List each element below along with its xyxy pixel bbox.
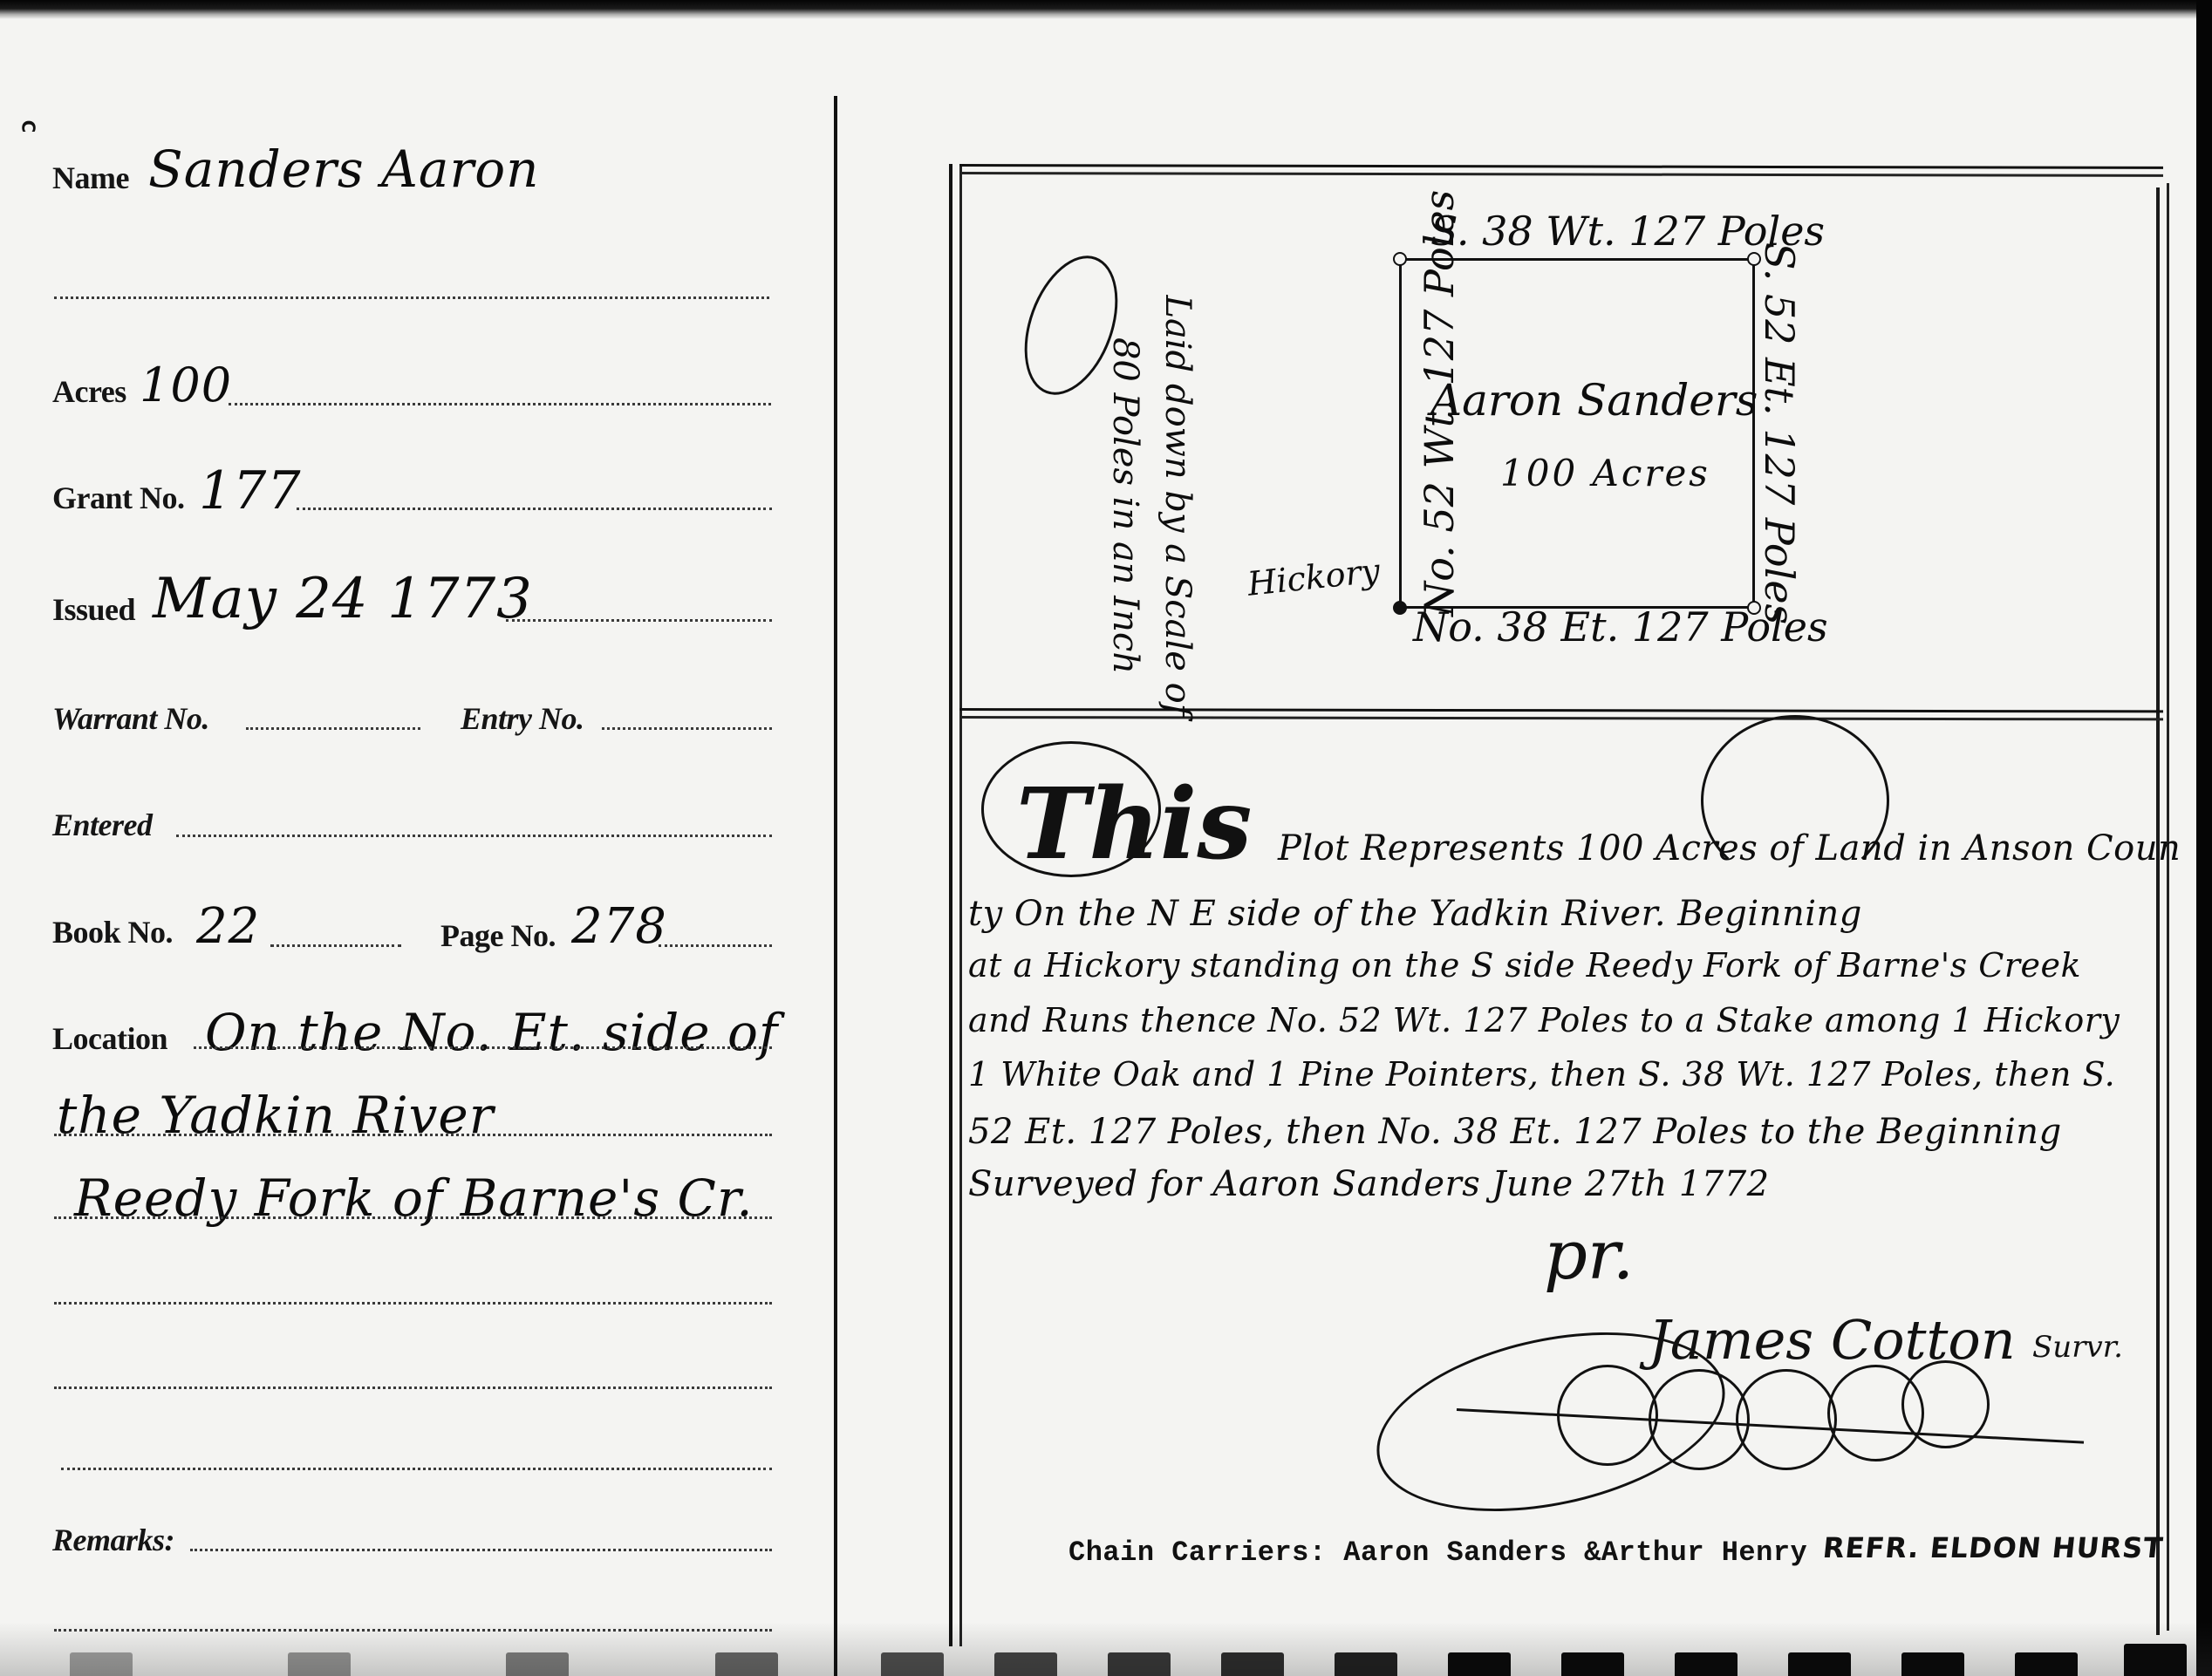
issued-value: May 24 1773: [153, 567, 533, 631]
remarks-line-2: [54, 1629, 772, 1632]
film-right-edge: [2196, 0, 2212, 1676]
location-line-1: On the No. Et. side of: [205, 1003, 778, 1062]
sprocket-hole: [1448, 1652, 1511, 1676]
reference-stamp: REFR. ELDON HURST: [1821, 1531, 2165, 1564]
bearing-left: No. 52 Wt. 127 Poles: [1416, 250, 1463, 617]
remarks-line: [190, 1549, 772, 1551]
sprocket-hole: [506, 1652, 569, 1676]
survey-line-3: at a Hickory standing on the S side Reed…: [968, 946, 2081, 984]
warrant-no-line: [246, 727, 420, 730]
plat-border: [959, 164, 2163, 169]
sprocket-hole: [70, 1652, 133, 1676]
grant-no-line: [297, 508, 772, 510]
sprocket-hole: [1108, 1652, 1171, 1676]
sprocket-hole: [2124, 1644, 2187, 1676]
corner-mark: C: [17, 120, 38, 133]
plat-border: [949, 164, 952, 1646]
plat-border: [959, 172, 2163, 177]
sprocket-hole: [1335, 1652, 1397, 1676]
entry-no-label: Entry No.: [461, 700, 584, 737]
book-no-line: [270, 944, 401, 947]
plat-border: [959, 164, 962, 1646]
survey-line-1: Plot Represents 100 Acres of Land in Ans…: [1278, 828, 2181, 869]
sprocket-hole: [2015, 1652, 2078, 1676]
page-no-value: 278: [571, 898, 667, 955]
name-label: Name: [52, 160, 129, 196]
drop-cap: This: [1016, 767, 1252, 882]
location-rule-3: [54, 1216, 772, 1219]
location-rule-2: [54, 1134, 772, 1136]
entered-line: [176, 835, 772, 837]
sprocket-hole: [881, 1652, 944, 1676]
survey-line-6: 52 Et. 127 Poles, then No. 38 Et. 127 Po…: [968, 1112, 2062, 1152]
signature-prefix: pr.: [1544, 1216, 1634, 1295]
location-rule-1: [194, 1046, 772, 1049]
page-no-label: Page No.: [440, 917, 556, 954]
page-no-line: [659, 944, 772, 947]
location-rule-6: [61, 1468, 772, 1470]
survey-corner-marker: [1393, 252, 1407, 266]
card-divider: [834, 96, 837, 1676]
acres-label: Acres: [52, 373, 126, 410]
scale-note: Laid down by a Scale of 80 Poles in an I…: [1099, 262, 1204, 750]
plat-border: [2156, 187, 2160, 1635]
issued-label: Issued: [52, 591, 135, 628]
remarks-label: Remarks:: [52, 1522, 174, 1558]
location-rule-4: [54, 1302, 772, 1305]
sprocket-hole: [1561, 1652, 1624, 1676]
entry-no-line: [602, 727, 772, 730]
entered-label: Entered: [52, 807, 153, 843]
sprocket-hole: [1901, 1652, 1964, 1676]
acres-line: [229, 403, 771, 405]
parcel-acres: 100 Acres: [1500, 452, 1710, 494]
signature-loop-icon: [1736, 1369, 1837, 1470]
hickory-corner-marker: [1393, 601, 1407, 615]
warrant-no-label: Warrant No.: [52, 700, 209, 737]
scale-note-line-1: Laid down by a Scale of: [1151, 262, 1204, 750]
sprocket-hole: [994, 1652, 1057, 1676]
survey-line-2: ty On the N E side of the Yadkin River. …: [968, 894, 1862, 934]
sprocket-hole: [288, 1652, 351, 1676]
corner-label-hickory: Hickory: [1246, 551, 1382, 603]
sprocket-hole: [715, 1652, 778, 1676]
sprocket-hole: [1675, 1652, 1738, 1676]
survey-line-5: 1 White Oak and 1 Pine Pointers, then S.…: [968, 1055, 2115, 1093]
bearing-right: S. 52 Et. 127 Poles: [1756, 242, 1803, 625]
sprocket-hole: [1221, 1652, 1284, 1676]
survey-line-4: and Runs thence No. 52 Wt. 127 Poles to …: [968, 1001, 2120, 1039]
surveyor-title: Survr.: [2032, 1330, 2123, 1365]
book-no-value: 22: [196, 898, 260, 955]
name-value: Sanders Aaron: [148, 140, 540, 199]
parcel-owner: Aaron Sanders: [1430, 375, 1758, 426]
issued-line: [506, 619, 772, 622]
chain-carriers: Chain Carriers: Aaron Sanders &Arthur He…: [1068, 1536, 1807, 1569]
survey-line-7: Surveyed for Aaron Sanders June 27th 177…: [968, 1164, 1770, 1204]
acres-value: 100: [140, 358, 232, 412]
location-rule-5: [54, 1386, 772, 1389]
location-label: Location: [52, 1020, 167, 1057]
plat-border: [2167, 183, 2169, 1631]
film-top-edge: [0, 0, 2212, 19]
sprocket-hole: [1788, 1652, 1851, 1676]
name-line-2: [54, 296, 769, 299]
book-no-label: Book No.: [52, 914, 173, 950]
grant-no-label: Grant No.: [52, 480, 185, 516]
grant-no-value: 177: [199, 460, 302, 521]
